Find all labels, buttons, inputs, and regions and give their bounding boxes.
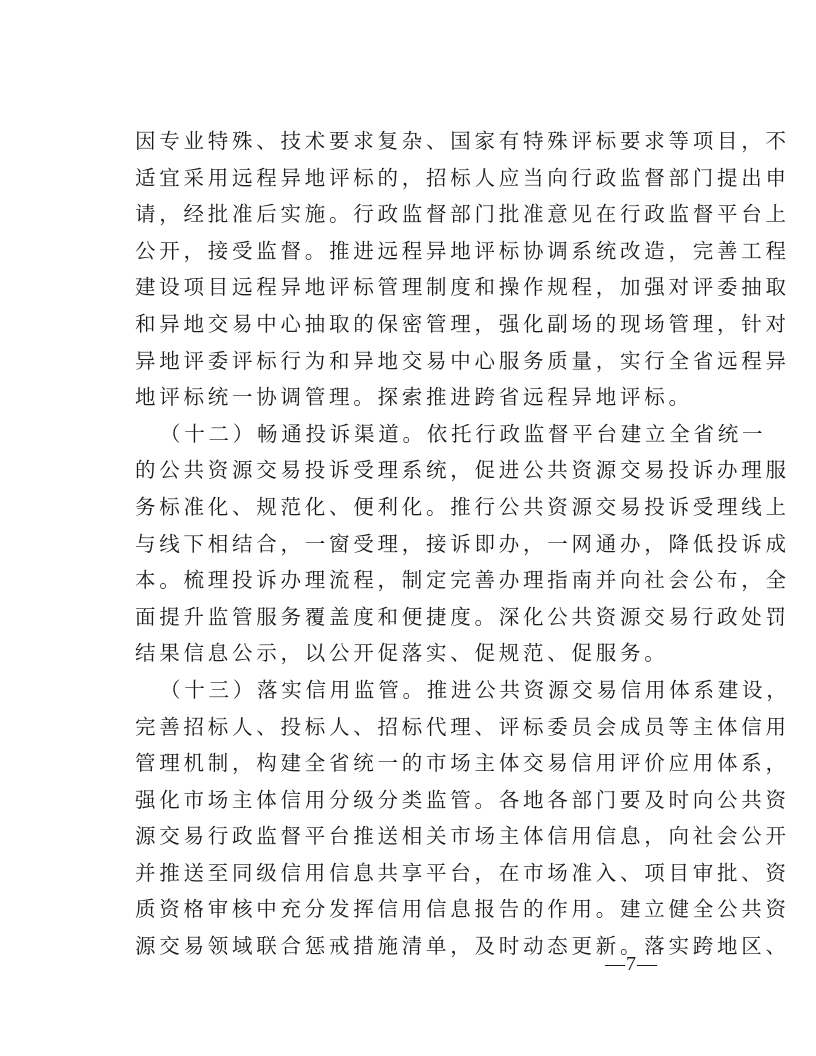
text-line: 本。梳理投诉办理流程，制定完善办理指南并向社会公布，全	[135, 562, 675, 599]
text-line: 和异地交易中心抽取的保密管理，强化副场的现场管理，针对	[135, 306, 675, 343]
page-number: —7—	[605, 953, 658, 976]
text-line: 地评标统一协调管理。探索推进跨省远程异地评标。	[135, 379, 675, 416]
text-line: 管理机制，构建全省统一的市场主体交易信用评价应用体系，	[135, 745, 675, 782]
text-line: 面提升监管服务覆盖度和便捷度。深化公共资源交易行政处罚	[135, 599, 675, 636]
text-line: 与线下相结合，一窗受理，接诉即办，一网通办，降低投诉成	[135, 526, 675, 563]
section-heading-line: （十二）畅通投诉渠道。依托行政监督平台建立全省统一	[135, 416, 675, 453]
text-line: 请，经批准后实施。行政监督部门批准意见在行政监督平台上	[135, 196, 675, 233]
text-line: 源交易领域联合惩戒措施清单，及时动态更新。落实跨地区、	[135, 928, 675, 965]
text-line: 因专业特殊、技术要求复杂、国家有特殊评标要求等项目，不	[135, 123, 675, 160]
text-line: 建设项目远程异地评标管理制度和操作规程，加强对评委抽取	[135, 269, 675, 306]
document-page: 因专业特殊、技术要求复杂、国家有特殊评标要求等项目，不 适宜采用远程异地评标的，…	[0, 0, 816, 1056]
text-line: 质资格审核中充分发挥信用信息报告的作用。建立健全公共资	[135, 891, 675, 928]
text-line: 完善招标人、投标人、招标代理、评标委员会成员等主体信用	[135, 709, 675, 746]
text-line: 公开，接受监督。推进远程异地评标协调系统改造，完善工程	[135, 233, 675, 270]
text-line: 务标准化、规范化、便利化。推行公共资源交易投诉受理线上	[135, 489, 675, 526]
text-line: 源交易行政监督平台推送相关市场主体信用信息，向社会公开	[135, 818, 675, 855]
text-line: 并推送至同级信用信息共享平台，在市场准入、项目审批、资	[135, 855, 675, 892]
text-line: 异地评委评标行为和异地交易中心服务质量，实行全省远程异	[135, 343, 675, 380]
text-line: 的公共资源交易投诉受理系统，促进公共资源交易投诉办理服	[135, 452, 675, 489]
text-line: 结果信息公示，以公开促落实、促规范、促服务。	[135, 635, 675, 672]
text-line: 强化市场主体信用分级分类监管。各地各部门要及时向公共资	[135, 782, 675, 819]
section-heading-line: （十三）落实信用监管。推进公共资源交易信用体系建设，	[135, 672, 675, 709]
text-line: 适宜采用远程异地评标的，招标人应当向行政监督部门提出申	[135, 160, 675, 197]
body-text: 因专业特殊、技术要求复杂、国家有特殊评标要求等项目，不 适宜采用远程异地评标的，…	[135, 123, 675, 965]
